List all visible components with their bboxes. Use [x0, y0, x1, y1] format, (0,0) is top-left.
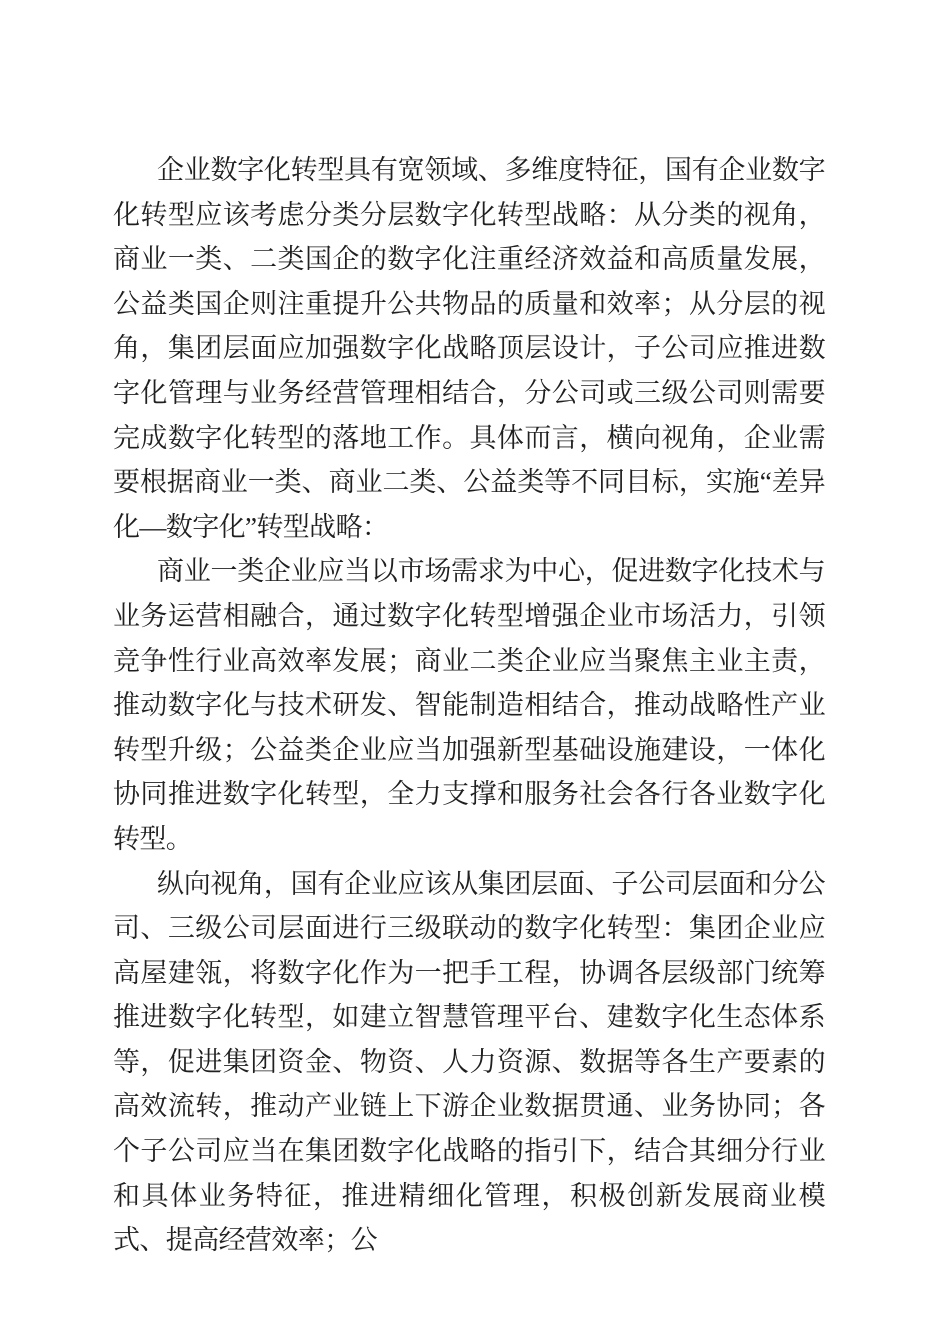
paragraph: 企业数字化转型具有宽领域、多维度特征，国有企业数字化转型应该考虑分类分层数字化转… [113, 148, 825, 549]
paragraph: 纵向视角，国有企业应该从集团层面、子公司层面和分公司、三级公司层面进行三级联动的… [113, 862, 825, 1263]
paragraph: 商业一类企业应当以市场需求为中心，促进数字化技术与业务运营相融合，通过数字化转型… [113, 549, 825, 861]
document-body: 企业数字化转型具有宽领域、多维度特征，国有企业数字化转型应该考虑分类分层数字化转… [113, 148, 825, 1263]
document-page: 企业数字化转型具有宽领域、多维度特征，国有企业数字化转型应该考虑分类分层数字化转… [0, 0, 950, 1344]
